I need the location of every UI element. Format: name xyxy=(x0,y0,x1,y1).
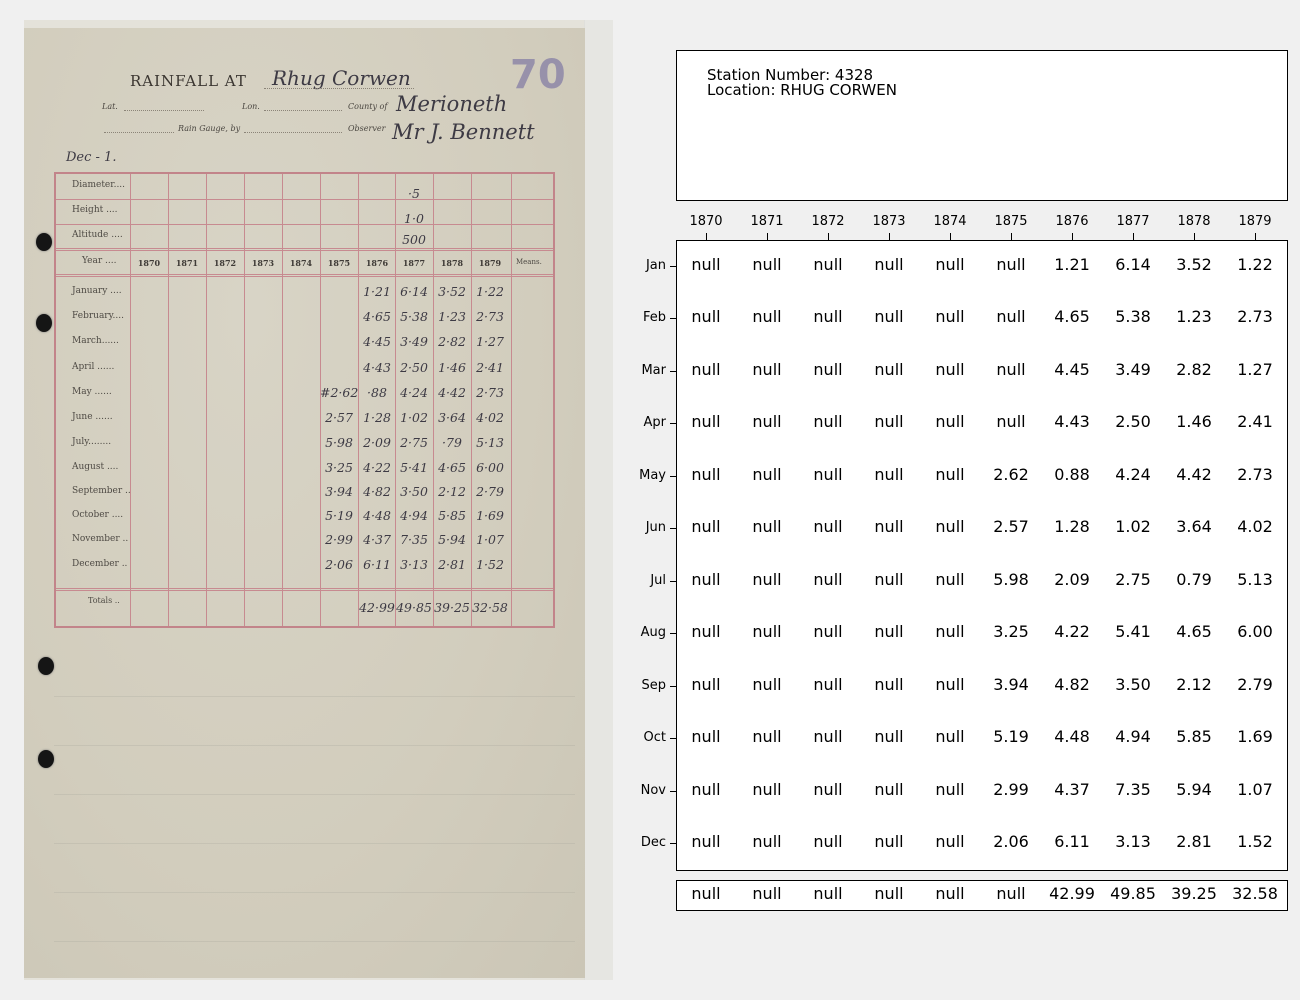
rainfall-cell: 4.45 xyxy=(1041,361,1103,379)
rainfall-cell: null xyxy=(980,361,1042,379)
means-header: Means. xyxy=(516,258,542,266)
handwritten-value: 5·19 xyxy=(320,508,358,523)
rainfall-cell: null xyxy=(919,833,981,851)
x-tick xyxy=(950,233,951,240)
x-tick xyxy=(1011,233,1012,240)
year-header: 1879 xyxy=(471,258,509,268)
month-row-header: Jul xyxy=(622,573,666,588)
rainfall-cell: 5.98 xyxy=(980,571,1042,589)
rainfall-cell: 5.13 xyxy=(1224,571,1286,589)
rainfall-cell: 4.82 xyxy=(1041,676,1103,694)
rainfall-cell: null xyxy=(797,361,859,379)
rainfall-cell: 3.49 xyxy=(1102,361,1164,379)
diameter-label: Diameter.... xyxy=(72,180,125,190)
rainfall-cell: null xyxy=(797,518,859,536)
rainfall-cell: 1.69 xyxy=(1224,728,1286,746)
rainfall-cell: null xyxy=(980,308,1042,326)
annual-total-cell: null xyxy=(675,885,737,903)
rainfall-cell: null xyxy=(919,728,981,746)
sheet-title-printed: RAINFALL AT xyxy=(130,72,247,90)
handwritten-value: 4·22 xyxy=(358,460,396,475)
handwritten-total: 32·58 xyxy=(471,600,509,615)
rainfall-cell: 0.79 xyxy=(1163,571,1225,589)
handwritten-value: 3·50 xyxy=(395,484,433,499)
handwritten-value: 3·94 xyxy=(320,484,358,499)
handwritten-value: 1·27 xyxy=(471,334,509,349)
observer-handwritten: Mr J. Bennett xyxy=(392,120,535,144)
rainfall-cell: 5.85 xyxy=(1163,728,1225,746)
scan-month-label: June ...... xyxy=(72,412,113,422)
rainfall-cell: 1.22 xyxy=(1224,256,1286,274)
rainfall-cell: 4.24 xyxy=(1102,466,1164,484)
handwritten-value: 4·48 xyxy=(358,508,396,523)
rainfall-cell: 6.11 xyxy=(1041,833,1103,851)
handwritten-value: 6·11 xyxy=(358,557,396,572)
rainfall-cell: null xyxy=(797,466,859,484)
rainfall-cell: null xyxy=(797,728,859,746)
handwritten-value: 1·02 xyxy=(395,410,433,425)
lon-label: Lon. xyxy=(242,102,260,111)
handwritten-value: 2·73 xyxy=(471,385,509,400)
title-dotted-line xyxy=(264,88,414,89)
year-column-header: 1878 xyxy=(1164,214,1224,229)
handwritten-value: 1·23 xyxy=(433,309,471,324)
rainfall-cell: 2.12 xyxy=(1163,676,1225,694)
rainfall-cell: null xyxy=(675,308,737,326)
handwritten-value: 7·35 xyxy=(395,532,433,547)
rainfall-cell: 2.41 xyxy=(1224,413,1286,431)
handwritten-value: 3·25 xyxy=(320,460,358,475)
rainfall-cell: null xyxy=(858,728,920,746)
rainfall-cell: null xyxy=(858,518,920,536)
x-tick xyxy=(706,233,707,240)
scan-month-label: January .... xyxy=(72,286,122,296)
rainfall-cell: null xyxy=(675,676,737,694)
year-column-header: 1876 xyxy=(1042,214,1102,229)
annual-total-cell: 49.85 xyxy=(1102,885,1164,903)
year-header: 1872 xyxy=(206,258,244,268)
rainfall-cell: null xyxy=(736,623,798,641)
handwritten-value: 2·79 xyxy=(471,484,509,499)
height-label: Height .... xyxy=(72,205,118,215)
year-header: 1875 xyxy=(320,258,358,268)
year-column-header: 1879 xyxy=(1225,214,1285,229)
year-header: 1871 xyxy=(168,258,206,268)
rainfall-cell: null xyxy=(919,308,981,326)
totals-label: Totals .. xyxy=(88,596,120,605)
diameter-value: ·5 xyxy=(395,186,433,201)
scan-month-label: November .. xyxy=(72,534,128,544)
handwritten-value: 1·21 xyxy=(358,284,396,299)
annual-total-cell: null xyxy=(736,885,798,903)
rainfall-cell: 5.38 xyxy=(1102,308,1164,326)
rainfall-cell: null xyxy=(858,571,920,589)
handwritten-value: 2·41 xyxy=(471,360,509,375)
x-tick xyxy=(1072,233,1073,240)
rainfall-cell: 3.13 xyxy=(1102,833,1164,851)
gauge-dotted-line-2 xyxy=(244,132,342,133)
punch-hole xyxy=(38,657,54,675)
handwritten-value: 1·46 xyxy=(433,360,471,375)
rainfall-cell: null xyxy=(858,308,920,326)
rainfall-cell: 1.02 xyxy=(1102,518,1164,536)
handwritten-value: 5·94 xyxy=(433,532,471,547)
county-label: County of xyxy=(348,102,387,111)
rainfall-cell: 2.62 xyxy=(980,466,1042,484)
handwritten-value: 1·28 xyxy=(358,410,396,425)
x-tick xyxy=(1133,233,1134,240)
handwritten-value: 1·22 xyxy=(471,284,509,299)
scanned-rainfall-sheet: RAINFALL AT Rhug Corwen 70 Lat. Lon. Cou… xyxy=(24,20,613,980)
rainfall-cell: null xyxy=(736,413,798,431)
rainfall-cell: null xyxy=(797,781,859,799)
year-column-header: 1872 xyxy=(798,214,858,229)
rainfall-cell: null xyxy=(797,413,859,431)
rainfall-cell: null xyxy=(736,256,798,274)
handwritten-value: 2·12 xyxy=(433,484,471,499)
rainfall-cell: null xyxy=(675,256,737,274)
handwritten-value: 2·75 xyxy=(395,435,433,450)
rainfall-cell: null xyxy=(736,308,798,326)
handwritten-value: 4·43 xyxy=(358,360,396,375)
rainfall-cell: 5.94 xyxy=(1163,781,1225,799)
month-row-header: Nov xyxy=(622,783,666,798)
rainfall-cell: null xyxy=(797,308,859,326)
rainfall-cell: 4.42 xyxy=(1163,466,1225,484)
scan-month-label: September .. xyxy=(72,486,131,496)
handwritten-value: 4·45 xyxy=(358,334,396,349)
rainfall-cell: null xyxy=(797,623,859,641)
handwritten-total: 39·25 xyxy=(433,600,471,615)
rainfall-cell: null xyxy=(797,676,859,694)
lat-dotted-line xyxy=(124,110,204,111)
rainfall-cell: null xyxy=(919,781,981,799)
annual-total-cell: 42.99 xyxy=(1041,885,1103,903)
handwritten-value: 5·98 xyxy=(320,435,358,450)
year-header: 1877 xyxy=(395,258,433,268)
adjacent-page-strip xyxy=(585,20,613,980)
rainfall-cell: 2.82 xyxy=(1163,361,1225,379)
month-row-header: Oct xyxy=(622,730,666,745)
handwritten-value: ·88 xyxy=(358,385,396,400)
x-tick xyxy=(828,233,829,240)
rainfall-cell: 2.99 xyxy=(980,781,1042,799)
year-column-header: 1875 xyxy=(981,214,1041,229)
year-column-header: 1877 xyxy=(1103,214,1163,229)
year-column-header: 1870 xyxy=(676,214,736,229)
rainfall-cell: null xyxy=(675,833,737,851)
handwritten-value: 3·64 xyxy=(433,410,471,425)
rainfall-cell: null xyxy=(675,466,737,484)
rainfall-cell: null xyxy=(736,728,798,746)
handwritten-value: 4·02 xyxy=(471,410,509,425)
sheet-title-handwritten: Rhug Corwen xyxy=(272,66,411,90)
month-row-header: Mar xyxy=(622,363,666,378)
rainfall-cell: 4.43 xyxy=(1041,413,1103,431)
year-label: Year .... xyxy=(82,256,116,266)
rainfall-cell: 2.57 xyxy=(980,518,1042,536)
month-row-header: Jun xyxy=(622,520,666,535)
rainfall-cell: 2.75 xyxy=(1102,571,1164,589)
rainfall-cell: 4.94 xyxy=(1102,728,1164,746)
rainfall-cell: null xyxy=(736,466,798,484)
rainfall-cell: 3.52 xyxy=(1163,256,1225,274)
rainfall-cell: 4.37 xyxy=(1041,781,1103,799)
rainfall-cell: null xyxy=(797,571,859,589)
rainfall-cell: 6.14 xyxy=(1102,256,1164,274)
handwritten-value: 1·69 xyxy=(471,508,509,523)
handwritten-value: #2·62 xyxy=(320,385,358,400)
annual-total-cell: 32.58 xyxy=(1224,885,1286,903)
rainfall-cell: null xyxy=(980,256,1042,274)
rainfall-cell: null xyxy=(858,623,920,641)
handwritten-value: 2·99 xyxy=(320,532,358,547)
rainfall-cell: 5.19 xyxy=(980,728,1042,746)
rainfall-cell: null xyxy=(736,571,798,589)
handwritten-value: 4·24 xyxy=(395,385,433,400)
rainfall-cell: 1.23 xyxy=(1163,308,1225,326)
rainfall-cell: null xyxy=(675,413,737,431)
rainfall-cell: null xyxy=(797,256,859,274)
punch-hole xyxy=(36,314,52,332)
handwritten-value: 4·65 xyxy=(433,460,471,475)
rainfall-cell: 4.65 xyxy=(1163,623,1225,641)
annual-total-cell: null xyxy=(797,885,859,903)
handwritten-value: 4·65 xyxy=(358,309,396,324)
altitude-value: 500 xyxy=(395,232,433,247)
rainfall-cell: 4.02 xyxy=(1224,518,1286,536)
handwritten-value: 6·14 xyxy=(395,284,433,299)
rainfall-cell: 7.35 xyxy=(1102,781,1164,799)
paper-sheet: RAINFALL AT Rhug Corwen 70 Lat. Lon. Cou… xyxy=(24,28,585,978)
rainfall-cell: 3.64 xyxy=(1163,518,1225,536)
month-row-header: Aug xyxy=(622,625,666,640)
scan-month-label: October .... xyxy=(72,510,123,520)
rainfall-cell: null xyxy=(675,728,737,746)
handwritten-value: 4·82 xyxy=(358,484,396,499)
handwritten-value: 4·37 xyxy=(358,532,396,547)
lon-dotted-line xyxy=(264,110,342,111)
annual-total-cell: null xyxy=(980,885,1042,903)
month-row-header: Dec xyxy=(622,835,666,850)
punch-hole xyxy=(36,233,52,251)
rainfall-cell: 1.21 xyxy=(1041,256,1103,274)
handwritten-value: 2·50 xyxy=(395,360,433,375)
month-row-header: May xyxy=(622,468,666,483)
year-header: 1878 xyxy=(433,258,471,268)
handwritten-value: 4·42 xyxy=(433,385,471,400)
rainfall-cell: 1.28 xyxy=(1041,518,1103,536)
scan-month-label: July........ xyxy=(72,437,111,447)
rainfall-cell: null xyxy=(919,361,981,379)
rainfall-cell: 3.50 xyxy=(1102,676,1164,694)
rainfall-cell: 1.27 xyxy=(1224,361,1286,379)
handwritten-value: 1·07 xyxy=(471,532,509,547)
station-location: Location: RHUG CORWEN xyxy=(707,83,897,98)
annual-total-cell: null xyxy=(858,885,920,903)
rainfall-cell: 2.73 xyxy=(1224,466,1286,484)
handwritten-value: 5·38 xyxy=(395,309,433,324)
rainfall-cell: 3.94 xyxy=(980,676,1042,694)
rainfall-cell: null xyxy=(675,623,737,641)
rainfall-cell: 1.46 xyxy=(1163,413,1225,431)
handwritten-total: 49·85 xyxy=(395,600,433,615)
rainfall-cell: null xyxy=(919,623,981,641)
rainfall-cell: null xyxy=(858,466,920,484)
rainfall-cell: null xyxy=(675,361,737,379)
rainfall-cell: null xyxy=(797,833,859,851)
handwritten-value: 5·13 xyxy=(471,435,509,450)
rainfall-cell: null xyxy=(919,466,981,484)
year-column-header: 1874 xyxy=(920,214,980,229)
scan-month-label: March...... xyxy=(72,336,119,346)
month-row-header: Jan xyxy=(622,258,666,273)
rainfall-cell: null xyxy=(736,676,798,694)
lat-label: Lat. xyxy=(102,102,118,111)
rainfall-cell: 5.41 xyxy=(1102,623,1164,641)
handwritten-value: 3·13 xyxy=(395,557,433,572)
handwritten-value: 2·82 xyxy=(433,334,471,349)
handwritten-value: 2·09 xyxy=(358,435,396,450)
gauge-dotted-line xyxy=(104,132,174,133)
handwritten-value: 3·52 xyxy=(433,284,471,299)
rainfall-cell: 4.22 xyxy=(1041,623,1103,641)
rainfall-cell: null xyxy=(919,518,981,536)
rainfall-cell: 2.50 xyxy=(1102,413,1164,431)
year-header: 1870 xyxy=(130,258,168,268)
rainfall-ledger-table: Diameter.... Height .... Altitude .... Y… xyxy=(54,172,555,628)
rainfall-cell: null xyxy=(858,781,920,799)
rainfall-cell: null xyxy=(919,676,981,694)
handwritten-value: 6·00 xyxy=(471,460,509,475)
scan-month-label: April ...... xyxy=(72,362,114,372)
x-tick xyxy=(889,233,890,240)
rainfall-cell: 2.79 xyxy=(1224,676,1286,694)
rainfall-cell: null xyxy=(858,256,920,274)
month-row-header: Sep xyxy=(622,678,666,693)
handwritten-value: 2·73 xyxy=(471,309,509,324)
handwritten-note: Dec - 1. xyxy=(66,150,116,165)
page-number-stamp: 70 xyxy=(510,52,566,98)
rainfall-cell: null xyxy=(736,361,798,379)
scan-month-label: February.... xyxy=(72,311,124,321)
rainfall-cell: 4.48 xyxy=(1041,728,1103,746)
station-info-box: Station Number: 4328 Location: RHUG CORW… xyxy=(676,50,1288,201)
rainfall-cell: 1.07 xyxy=(1224,781,1286,799)
scan-month-label: December .. xyxy=(72,559,127,569)
handwritten-value: 5·85 xyxy=(433,508,471,523)
year-column-header: 1871 xyxy=(737,214,797,229)
rainfall-cell: null xyxy=(919,571,981,589)
year-column-header: 1873 xyxy=(859,214,919,229)
rainfall-cell: 2.06 xyxy=(980,833,1042,851)
rainfall-cell: null xyxy=(919,413,981,431)
faint-ruled-lines xyxy=(54,648,575,958)
x-tick xyxy=(1255,233,1256,240)
rainfall-cell: 2.09 xyxy=(1041,571,1103,589)
rainfall-cell: null xyxy=(736,833,798,851)
rain-gauge-label: Rain Gauge, by xyxy=(178,124,240,133)
year-header: 1874 xyxy=(282,258,320,268)
handwritten-total: 42·99 xyxy=(358,600,396,615)
year-header: 1876 xyxy=(358,258,396,268)
handwritten-value: 2·57 xyxy=(320,410,358,425)
punch-hole xyxy=(38,750,54,768)
handwritten-value: 5·41 xyxy=(395,460,433,475)
handwritten-value: 2·81 xyxy=(433,557,471,572)
rainfall-cell: null xyxy=(736,518,798,536)
year-header: 1873 xyxy=(244,258,282,268)
rainfall-cell: null xyxy=(675,571,737,589)
rainfall-cell: null xyxy=(919,256,981,274)
rainfall-cell: 1.52 xyxy=(1224,833,1286,851)
county-handwritten: Merioneth xyxy=(396,92,507,116)
altitude-label: Altitude .... xyxy=(72,230,123,240)
handwritten-value: 3·49 xyxy=(395,334,433,349)
handwritten-value: ·79 xyxy=(433,435,471,450)
scan-month-label: May ...... xyxy=(72,387,112,397)
rainfall-cell: 4.65 xyxy=(1041,308,1103,326)
annual-total-cell: 39.25 xyxy=(1163,885,1225,903)
month-row-header: Apr xyxy=(622,415,666,430)
monthly-rainfall-grid xyxy=(676,240,1288,871)
annual-total-cell: null xyxy=(919,885,981,903)
rainfall-cell: null xyxy=(858,676,920,694)
handwritten-value: 1·52 xyxy=(471,557,509,572)
rainfall-cell: null xyxy=(858,413,920,431)
rainfall-cell: null xyxy=(675,518,737,536)
rainfall-cell: 6.00 xyxy=(1224,623,1286,641)
rainfall-cell: 0.88 xyxy=(1041,466,1103,484)
handwritten-value: 4·94 xyxy=(395,508,433,523)
x-tick xyxy=(767,233,768,240)
observer-label: Observer xyxy=(348,124,385,133)
rainfall-cell: 2.73 xyxy=(1224,308,1286,326)
x-tick xyxy=(1194,233,1195,240)
rainfall-cell: null xyxy=(675,781,737,799)
month-row-header: Feb xyxy=(622,310,666,325)
rainfall-cell: 3.25 xyxy=(980,623,1042,641)
rainfall-cell: null xyxy=(858,833,920,851)
rainfall-cell: 2.81 xyxy=(1163,833,1225,851)
rainfall-cell: null xyxy=(736,781,798,799)
height-value: 1·0 xyxy=(395,211,433,226)
rainfall-cell: null xyxy=(858,361,920,379)
handwritten-value: 2·06 xyxy=(320,557,358,572)
scan-month-label: August .... xyxy=(72,462,118,472)
rainfall-cell: null xyxy=(980,413,1042,431)
